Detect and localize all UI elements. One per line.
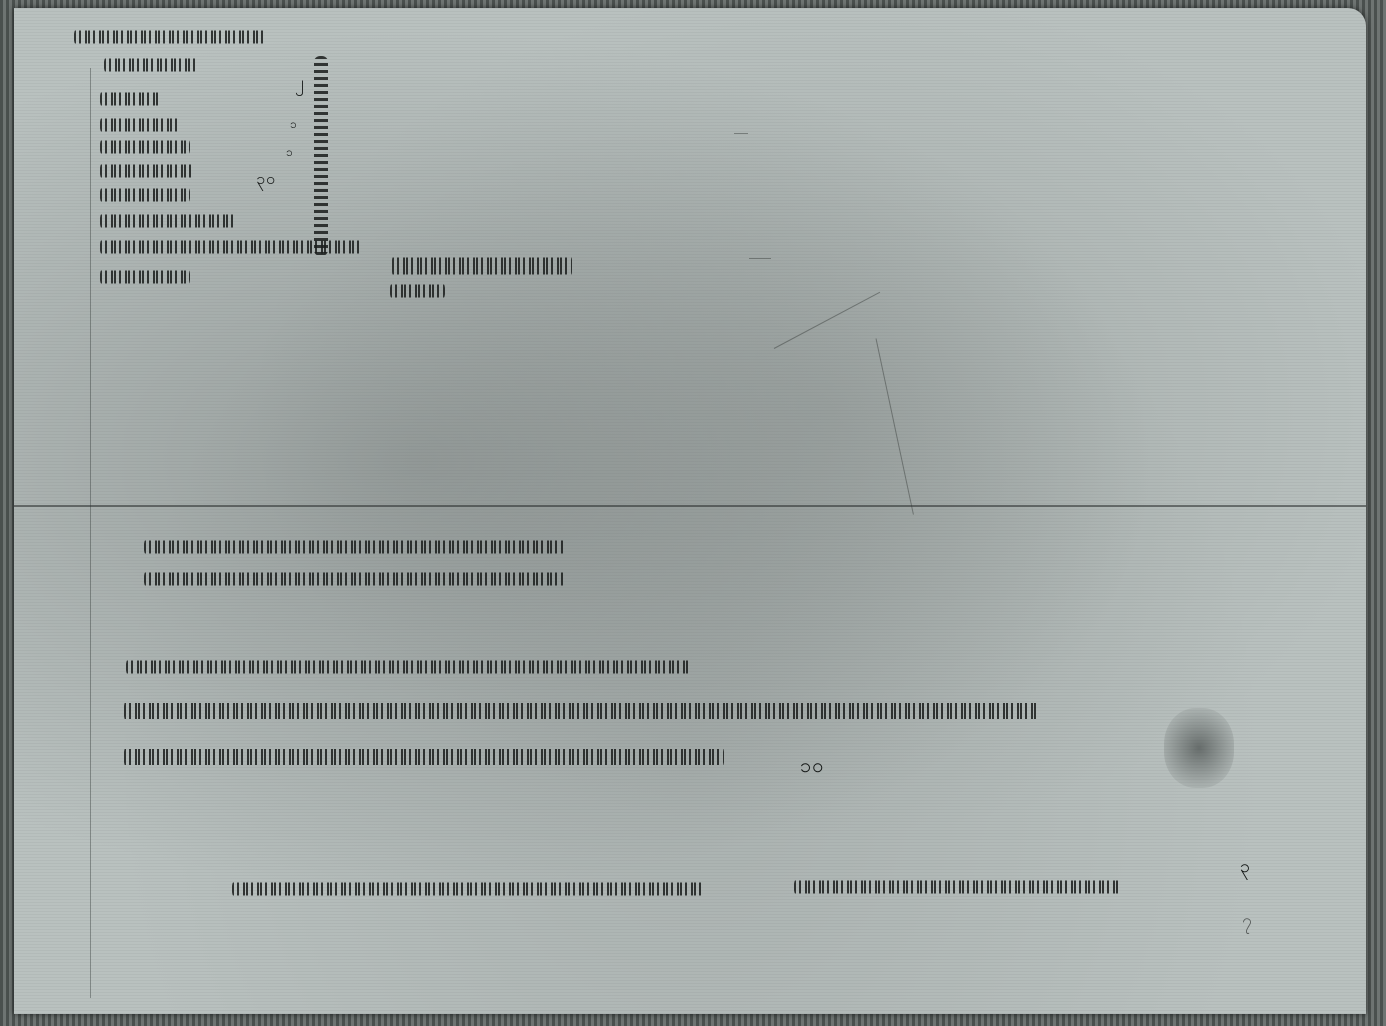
date-line: [392, 252, 572, 280]
body-line: [124, 744, 724, 770]
header-line: [74, 26, 264, 48]
header-line: [104, 54, 199, 76]
header-line: [100, 210, 235, 232]
paper-scratch: [876, 338, 914, 514]
body-line: [144, 536, 564, 558]
header-line: [100, 88, 160, 110]
body-line: [126, 656, 691, 678]
body-line: [144, 568, 564, 590]
manuscript-page: vertical handwritten Burmese annotation …: [14, 8, 1366, 1014]
vertical-annotation: [314, 56, 328, 256]
header-line: [100, 114, 180, 136]
header-line: [100, 136, 190, 158]
corner-mark: ၃: [1240, 854, 1251, 881]
header-line: [100, 184, 190, 206]
ink-stain: [1164, 708, 1234, 788]
left-margin-line: [90, 68, 91, 998]
header-line: [100, 160, 195, 182]
side-numeral: ၁: [290, 116, 298, 134]
trailing-numeral: ၁၀: [800, 752, 825, 782]
header-line: [100, 266, 190, 288]
corner-mark: ၇: [1242, 908, 1253, 935]
paper-scratch: [774, 292, 880, 349]
body-line: [124, 698, 1039, 724]
date-line: [390, 280, 445, 302]
closing-line: [232, 878, 702, 900]
paper-mark: [734, 133, 748, 134]
fold-crease: [14, 505, 1366, 507]
side-numeral: ၃၀: [256, 168, 276, 192]
paper-mark: [749, 258, 771, 259]
signature-line: [794, 876, 1119, 898]
side-numeral: ၁: [286, 144, 294, 162]
side-numeral: ၂: [295, 70, 305, 97]
